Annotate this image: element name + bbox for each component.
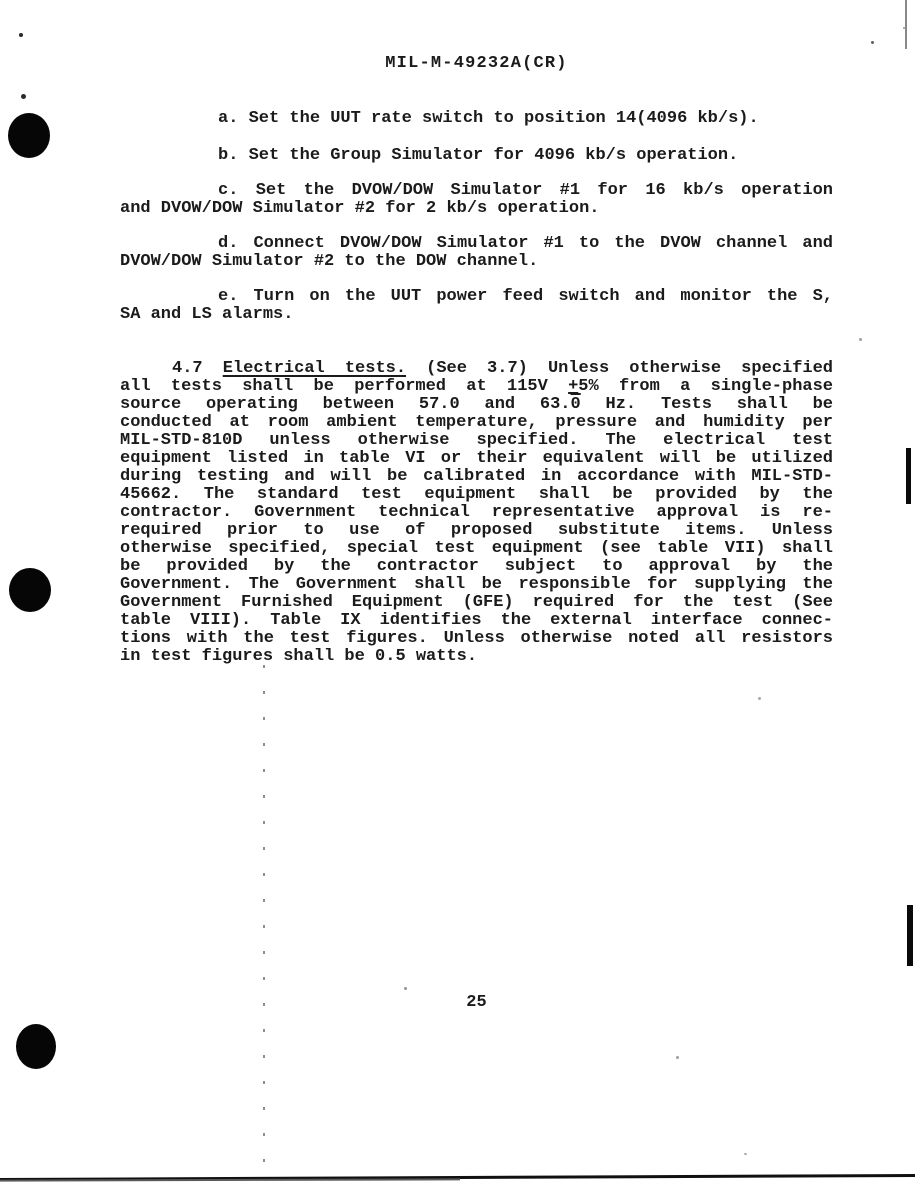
section-heading-rest: (See 3.7) Unless otherwise specified — [406, 359, 833, 378]
hole-punch-middle — [9, 568, 51, 612]
change-bar-upper — [906, 448, 911, 504]
section-4-7-body-line: 45662. The standard test equipment shall… — [120, 486, 833, 504]
section-4-7-body-line: Government Furnished Equipment (GFE) req… — [120, 594, 833, 612]
scan-speck — [871, 41, 874, 44]
scan-speck — [859, 338, 862, 341]
procedure-step-d-line-1: d. Connect DVOW/DOW Simulator #1 to the … — [120, 235, 833, 253]
procedure-step-c-line-1: c. Set the DVOW/DOW Simulator #1 for 16 … — [120, 182, 833, 200]
section-4-7-body-line: equipment listed in table VI or their eq… — [120, 450, 833, 468]
scanned-document-page: MIL-M-49232A(CR) a. Set the UUT rate swi… — [0, 0, 915, 1184]
scan-edge-artifact-top-right — [905, 0, 907, 49]
scan-speck — [758, 697, 761, 700]
page-bottom-scan-line-secondary — [0, 1178, 460, 1181]
section-4-7-line-2: all tests shall be performed at 115V +5%… — [120, 378, 833, 396]
scan-speck — [21, 94, 26, 99]
document-header-spec-id: MIL-M-49232A(CR) — [120, 54, 833, 73]
line-3-text-end: Hz. Tests shall be — [581, 395, 833, 414]
section-4-7-body-line: contractor. Government technical represe… — [120, 504, 833, 522]
overlined-digit: 0 — [571, 395, 581, 414]
change-bar-lower — [907, 905, 913, 966]
section-4-7-body-line: table VIII). Table IX identifies the ext… — [120, 612, 833, 630]
scan-speck — [404, 987, 407, 990]
scan-speck — [676, 1056, 679, 1059]
scan-speck — [744, 1153, 747, 1155]
section-4-7-body-last-line: in test figures shall be 0.5 watts. — [120, 648, 833, 666]
section-4-7-body-line: conducted at room ambient temperature, p… — [120, 414, 833, 432]
section-number: 4.7 — [172, 359, 223, 378]
fold-mark-dashed-line — [263, 665, 265, 1165]
line-2-text-end: 5% from a single-phase — [578, 377, 833, 396]
procedure-step-c-line-2: and DVOW/DOW Simulator #2 for 2 kb/s ope… — [120, 200, 833, 218]
section-4-7-body-line: required prior to use of proposed substi… — [120, 522, 833, 540]
procedure-step-a: a. Set the UUT rate switch to position 1… — [120, 110, 833, 128]
section-4-7-body-line: tions with the test figures. Unless othe… — [120, 630, 833, 648]
procedure-step-b: b. Set the Group Simulator for 4096 kb/s… — [120, 147, 833, 165]
section-4-7-body-line: otherwise specified, special test equipm… — [120, 540, 833, 558]
scan-speck — [19, 33, 23, 37]
page-number: 25 — [120, 993, 833, 1012]
section-title: Electrical tests. — [223, 359, 406, 378]
section-4-7-body-line: MIL-STD-810D unless otherwise specified.… — [120, 432, 833, 450]
line-2-text: all tests shall be performed at 115V — [120, 377, 568, 396]
procedure-step-e-line-1: e. Turn on the UUT power feed switch and… — [120, 288, 833, 306]
document-body: a. Set the UUT rate switch to position 1… — [120, 110, 833, 666]
hole-punch-bottom — [16, 1024, 56, 1069]
plus-minus-tolerance-sign: + — [568, 377, 578, 396]
line-3-text: source operating between 57.0 and 63. — [120, 395, 571, 414]
section-4-7-body-line: be provided by the contractor subject to… — [120, 558, 833, 576]
hole-punch-top — [8, 113, 50, 158]
procedure-step-e-line-2: SA and LS alarms. — [120, 306, 833, 324]
section-4-7-body-line: Government. The Government shall be resp… — [120, 576, 833, 594]
section-4-7-line-3: source operating between 57.0 and 63.0 H… — [120, 396, 833, 414]
section-4-7-heading-line: 4.7 Electrical tests. (See 3.7) Unless o… — [120, 360, 833, 378]
scan-speck — [903, 27, 905, 29]
section-4-7-body-line: during testing and will be calibrated in… — [120, 468, 833, 486]
procedure-step-d-line-2: DVOW/DOW Simulator #2 to the DOW channel… — [120, 253, 833, 271]
